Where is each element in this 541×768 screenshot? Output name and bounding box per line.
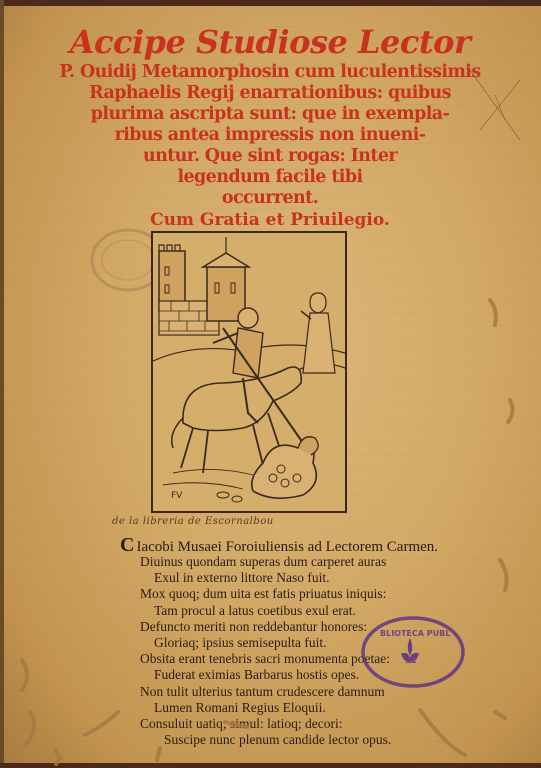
wormhole-damage-icon: [0, 0, 541, 768]
scanned-page: Accipe Studiose Lector P. Ouidij Metamor…: [0, 0, 541, 768]
